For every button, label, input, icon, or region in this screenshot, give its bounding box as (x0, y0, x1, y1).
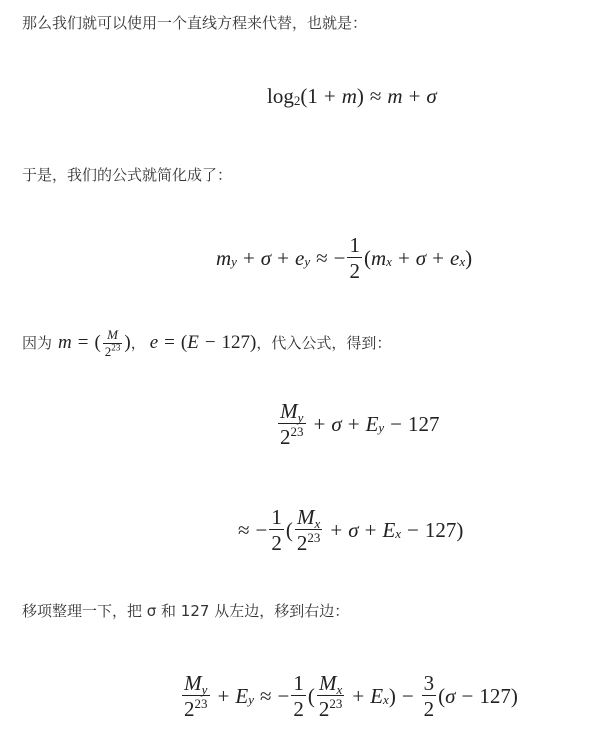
exponent: 23 (195, 696, 208, 711)
denominator: 223 (278, 423, 306, 448)
equation-rearranged: My223 + Ey ≈ − 12 ( Mx223 + Ex) − 32 (σ … (180, 672, 518, 720)
denominator: 223 (103, 343, 123, 359)
numerator: 1 (291, 672, 306, 695)
equation-simplified: my + σ + ey ≈ − 12 (mx + σ + ex) (216, 234, 472, 282)
fraction-one-half: 12 (269, 506, 284, 554)
log-operator: log (267, 84, 294, 109)
var-M: M (319, 671, 337, 695)
plus-sign: + (314, 412, 326, 437)
var-m: m (58, 332, 72, 354)
paren-open: ( (286, 518, 293, 543)
var-E: E (187, 332, 199, 354)
base-2: 2 (297, 531, 308, 555)
minus-sign: − (256, 518, 268, 543)
minus-sign: − (334, 246, 346, 271)
var-m: m (216, 246, 231, 271)
paren-close: ) (456, 518, 463, 543)
numerator: 3 (422, 672, 437, 695)
plus-sign: + (409, 84, 421, 109)
base-2: 2 (319, 697, 330, 721)
plus-sign: + (218, 684, 230, 709)
var-sigma: σ (426, 84, 436, 109)
minus-sign: − (407, 518, 419, 543)
minus-sign: − (462, 684, 474, 709)
var-e: e (450, 246, 459, 271)
comma: ， (131, 332, 146, 354)
var-sigma: σ (261, 246, 271, 271)
plus-sign: + (243, 246, 255, 271)
equation-log-approx: log2(1+m)≈m+σ (267, 84, 437, 109)
sub-y: y (202, 682, 208, 697)
fraction-one-half: 12 (347, 234, 362, 282)
var-sigma: σ (348, 518, 358, 543)
constant-127: 127 (479, 684, 511, 709)
var-M: M (280, 399, 298, 423)
minus-sign: − (390, 412, 402, 437)
var-m: m (387, 84, 402, 109)
constant-127: 127 (425, 518, 457, 543)
exponent: 23 (291, 424, 304, 439)
text-substitute: ，代入公式，得到： (256, 332, 391, 354)
plus-sign: + (352, 684, 364, 709)
approx-sign: ≈ (260, 684, 272, 709)
fraction-Mx-over-2-23: Mx223 (317, 672, 345, 720)
var-E: E (235, 684, 248, 709)
denominator: 223 (182, 695, 210, 720)
minus-sign: − (205, 332, 216, 354)
plus-sign: + (348, 412, 360, 437)
var-sigma: σ (416, 246, 426, 271)
constant-127: 127 (408, 412, 440, 437)
numerator: My (278, 400, 305, 423)
plus-sign: + (330, 518, 342, 543)
exponent: 23 (111, 342, 120, 352)
var-E: E (370, 684, 383, 709)
paragraph-rearrange: 移项整理一下，把 σ 和 127 从左边，移到右边： (22, 600, 349, 622)
exponent: 23 (307, 530, 320, 545)
var-e: e (295, 246, 304, 271)
paren-close: ) (465, 246, 472, 271)
var-M: M (184, 671, 202, 695)
text-because: 因为 (22, 332, 52, 354)
var-sigma: σ (331, 412, 341, 437)
fraction-Mx-over-2-23: Mx223 (295, 506, 323, 554)
equation-rhs-expanded: ≈ − 12 ( Mx223 + σ + Ex − 127) (238, 506, 463, 554)
paragraph-intro: 那么我们就可以使用一个直线方程来代替，也就是： (22, 12, 367, 34)
plus-sign: + (398, 246, 410, 271)
var-m: m (342, 84, 357, 109)
minus-sign: − (278, 684, 290, 709)
equals-sign: = (164, 332, 175, 354)
base-2: 2 (280, 425, 291, 449)
numerator: 1 (347, 234, 362, 257)
equals-sign: = (78, 332, 89, 354)
approx-sign: ≈ (316, 246, 328, 271)
base-2: 2 (184, 697, 195, 721)
minus-sign: − (402, 684, 414, 709)
var-E: E (382, 518, 395, 543)
denominator: 2 (422, 695, 437, 720)
numerator: My (182, 672, 209, 695)
paren-open: ( (438, 684, 445, 709)
fraction-one-half: 12 (291, 672, 306, 720)
var-m: m (371, 246, 386, 271)
plus-sign: + (365, 518, 377, 543)
arg-open: (1 (300, 84, 318, 109)
fraction-M-over-2-23: M223 (103, 328, 123, 358)
denominator: 2 (269, 529, 284, 554)
paren-close: ) (511, 684, 518, 709)
inline-math-m-def: m = ( M223 ) (58, 328, 131, 358)
plus-sign: + (324, 84, 336, 109)
denominator: 2 (347, 257, 362, 282)
paren-open: ( (308, 684, 315, 709)
var-E: E (366, 412, 379, 437)
sub-y: y (298, 410, 304, 425)
paragraph-simplified: 于是，我们的公式就简化成了： (22, 164, 232, 186)
exponent: 23 (329, 696, 342, 711)
numerator: Mx (317, 672, 344, 695)
numerator: 1 (269, 506, 284, 529)
var-M: M (297, 505, 315, 529)
sub-x: x (314, 516, 320, 531)
fraction-My-over-2-23: My223 (182, 672, 210, 720)
var-sigma: σ (445, 684, 455, 709)
numerator: Mx (295, 506, 322, 529)
fraction-My-over-2-23: My223 (278, 400, 306, 448)
paragraph-substitution: 因为 m = ( M223 ) ， e = (E − 127) ，代入公式，得到… (22, 328, 391, 358)
paren-open: ( (94, 332, 100, 354)
plus-sign: + (432, 246, 444, 271)
arg-close: ) (357, 84, 364, 109)
approx-sign: ≈ (238, 518, 250, 543)
paren-close: ) (389, 684, 396, 709)
denominator: 223 (295, 529, 323, 554)
denominator: 2 (291, 695, 306, 720)
approx-sign: ≈ (370, 84, 382, 109)
inline-math-e-def: e = (E − 127) (150, 332, 257, 354)
var-e: e (150, 332, 158, 354)
sub-x: x (336, 682, 342, 697)
numerator: M (105, 328, 120, 343)
fraction-three-halves: 32 (422, 672, 437, 720)
constant-127: 127 (222, 332, 251, 354)
denominator: 223 (317, 695, 345, 720)
plus-sign: + (277, 246, 289, 271)
paren-open: ( (364, 246, 371, 271)
equation-lhs-expanded: My223 + σ + Ey − 127 (276, 400, 440, 448)
